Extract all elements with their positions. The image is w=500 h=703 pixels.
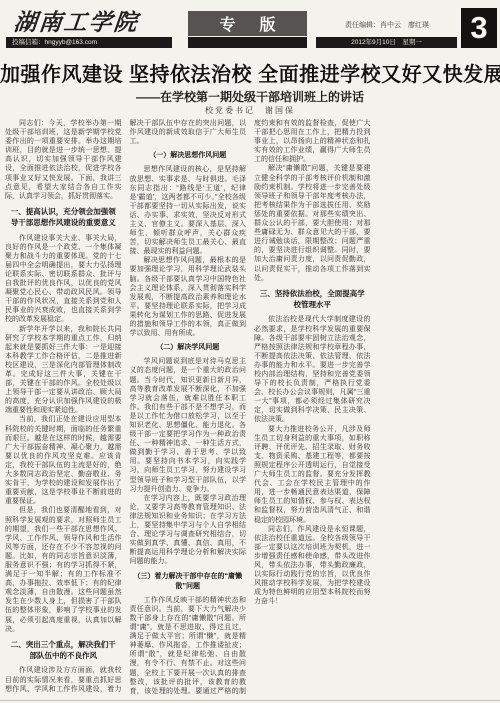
body-paragraph: 在学习内容上，既要学习政治理论，又要学习高等教育管理知识、法律法规知识和业务知识… bbox=[130, 494, 247, 567]
section-heading-sub: （二）解决学风问题 bbox=[132, 343, 245, 353]
page-number: 3 bbox=[461, 8, 497, 48]
body-paragraph: 同志们：今天，学校举办第一期处级干部培训班，这是新学期学校党委作出的一项重要安排… bbox=[5, 119, 122, 201]
date-bar: 2012年9月10日 星期一 bbox=[316, 37, 457, 48]
article-headline: 加强作风建设 坚持依法治校 全面推进学校又好又快发展 bbox=[0, 58, 500, 87]
article-byline: 校党委书记 谢国保 bbox=[0, 105, 500, 116]
page-bottom-rule bbox=[0, 700, 500, 701]
newspaper-page: 湖南工学院 投稿信箱：hngyyb@163.com 专版 责任编辑：肖中云 廖红… bbox=[0, 0, 500, 703]
section-heading-sub: （三）着力解决干部中存在的“庸懒散”问题 bbox=[132, 572, 245, 592]
section-heading-sub: （一）解决思想作风问题 bbox=[132, 151, 245, 161]
page-header: 湖南工学院 投稿信箱：hngyyb@163.com 专版 责任编辑：肖中云 廖红… bbox=[0, 0, 500, 52]
section-heading-major: 三、坚持依法治校，全面提高学校管理水平 bbox=[258, 289, 367, 311]
body-paragraph: 作风建设事关大业、事关大局，良好的作风是一个政党、一个集体凝聚力和战斗力的重要体… bbox=[5, 234, 122, 325]
submission-email-bar: 投稿信箱：hngyyb@163.com bbox=[6, 37, 172, 48]
section-heading-major: 二、突出三个重点，解决我们干部队伍中的不良作风 bbox=[9, 640, 118, 662]
body-paragraph: 新学年开学以来，我和院长共同研究了学校本学期的重点工作，归纳起来就是要抓好三件大… bbox=[5, 325, 122, 416]
section-label-box: 专版 bbox=[188, 11, 307, 36]
body-paragraph: 解决思想作风问题，最根本的是要加强理论学习，用科学理论武装头脑。各级干部要认真学… bbox=[130, 256, 247, 338]
section-heading-major: 一、提高认识，充分领会加强领导干部思想作风建设的重要意义 bbox=[9, 207, 118, 229]
article-subtitle: ——在学校第一期处级干部培训班上的讲话 bbox=[0, 88, 500, 105]
body-paragraph: 当前，我们正处在建设应用型本科院校的关键时期，面临的任务繁重而艰巨。越是在这样的… bbox=[5, 415, 122, 506]
body-paragraph: 解决“庸懒散”问题，关键是要建立健全科学的干部考核评价机制和激励约束机制。学校将… bbox=[254, 164, 371, 282]
article-body-columns: 同志们：今天，学校举办第一期处级干部培训班，这是新学期学校党委作出的一项重要安排… bbox=[5, 119, 495, 697]
body-paragraph: 但是，我们也要清醒地看到，对照科学发展观的要求，对照师生员工的期望，我们一些干部… bbox=[5, 506, 122, 633]
masthead-title: 湖南工学院 bbox=[12, 4, 175, 37]
body-paragraph: 思想作风建设的核心，是坚持解放思想、实事求是、与时俱进。毛泽东同志指出：“路线是… bbox=[130, 165, 247, 256]
body-paragraph: 学风问题说到底是对待马克思主义的态度问题，是一个重大的政治问题。当今时代，知识更… bbox=[130, 357, 247, 493]
body-paragraph: 依法治校是现代大学制度建设的必然要求，是学校科学发展的重要保障。各级干部要牢固树… bbox=[254, 315, 371, 424]
body-paragraph: 要大力推进校务公开，凡涉及师生员工切身利益的重大事项，如职称评聘、评优评先、招生… bbox=[254, 425, 371, 525]
editors-credit: 责任编辑：肖中云 廖红瑛 bbox=[318, 20, 456, 30]
body-paragraph: 同志们，作风建设是永恒课题，依法治校任重道远。全校各级领导干部一定要以这次培训班… bbox=[254, 525, 371, 607]
center-divider-bar bbox=[188, 37, 307, 48]
